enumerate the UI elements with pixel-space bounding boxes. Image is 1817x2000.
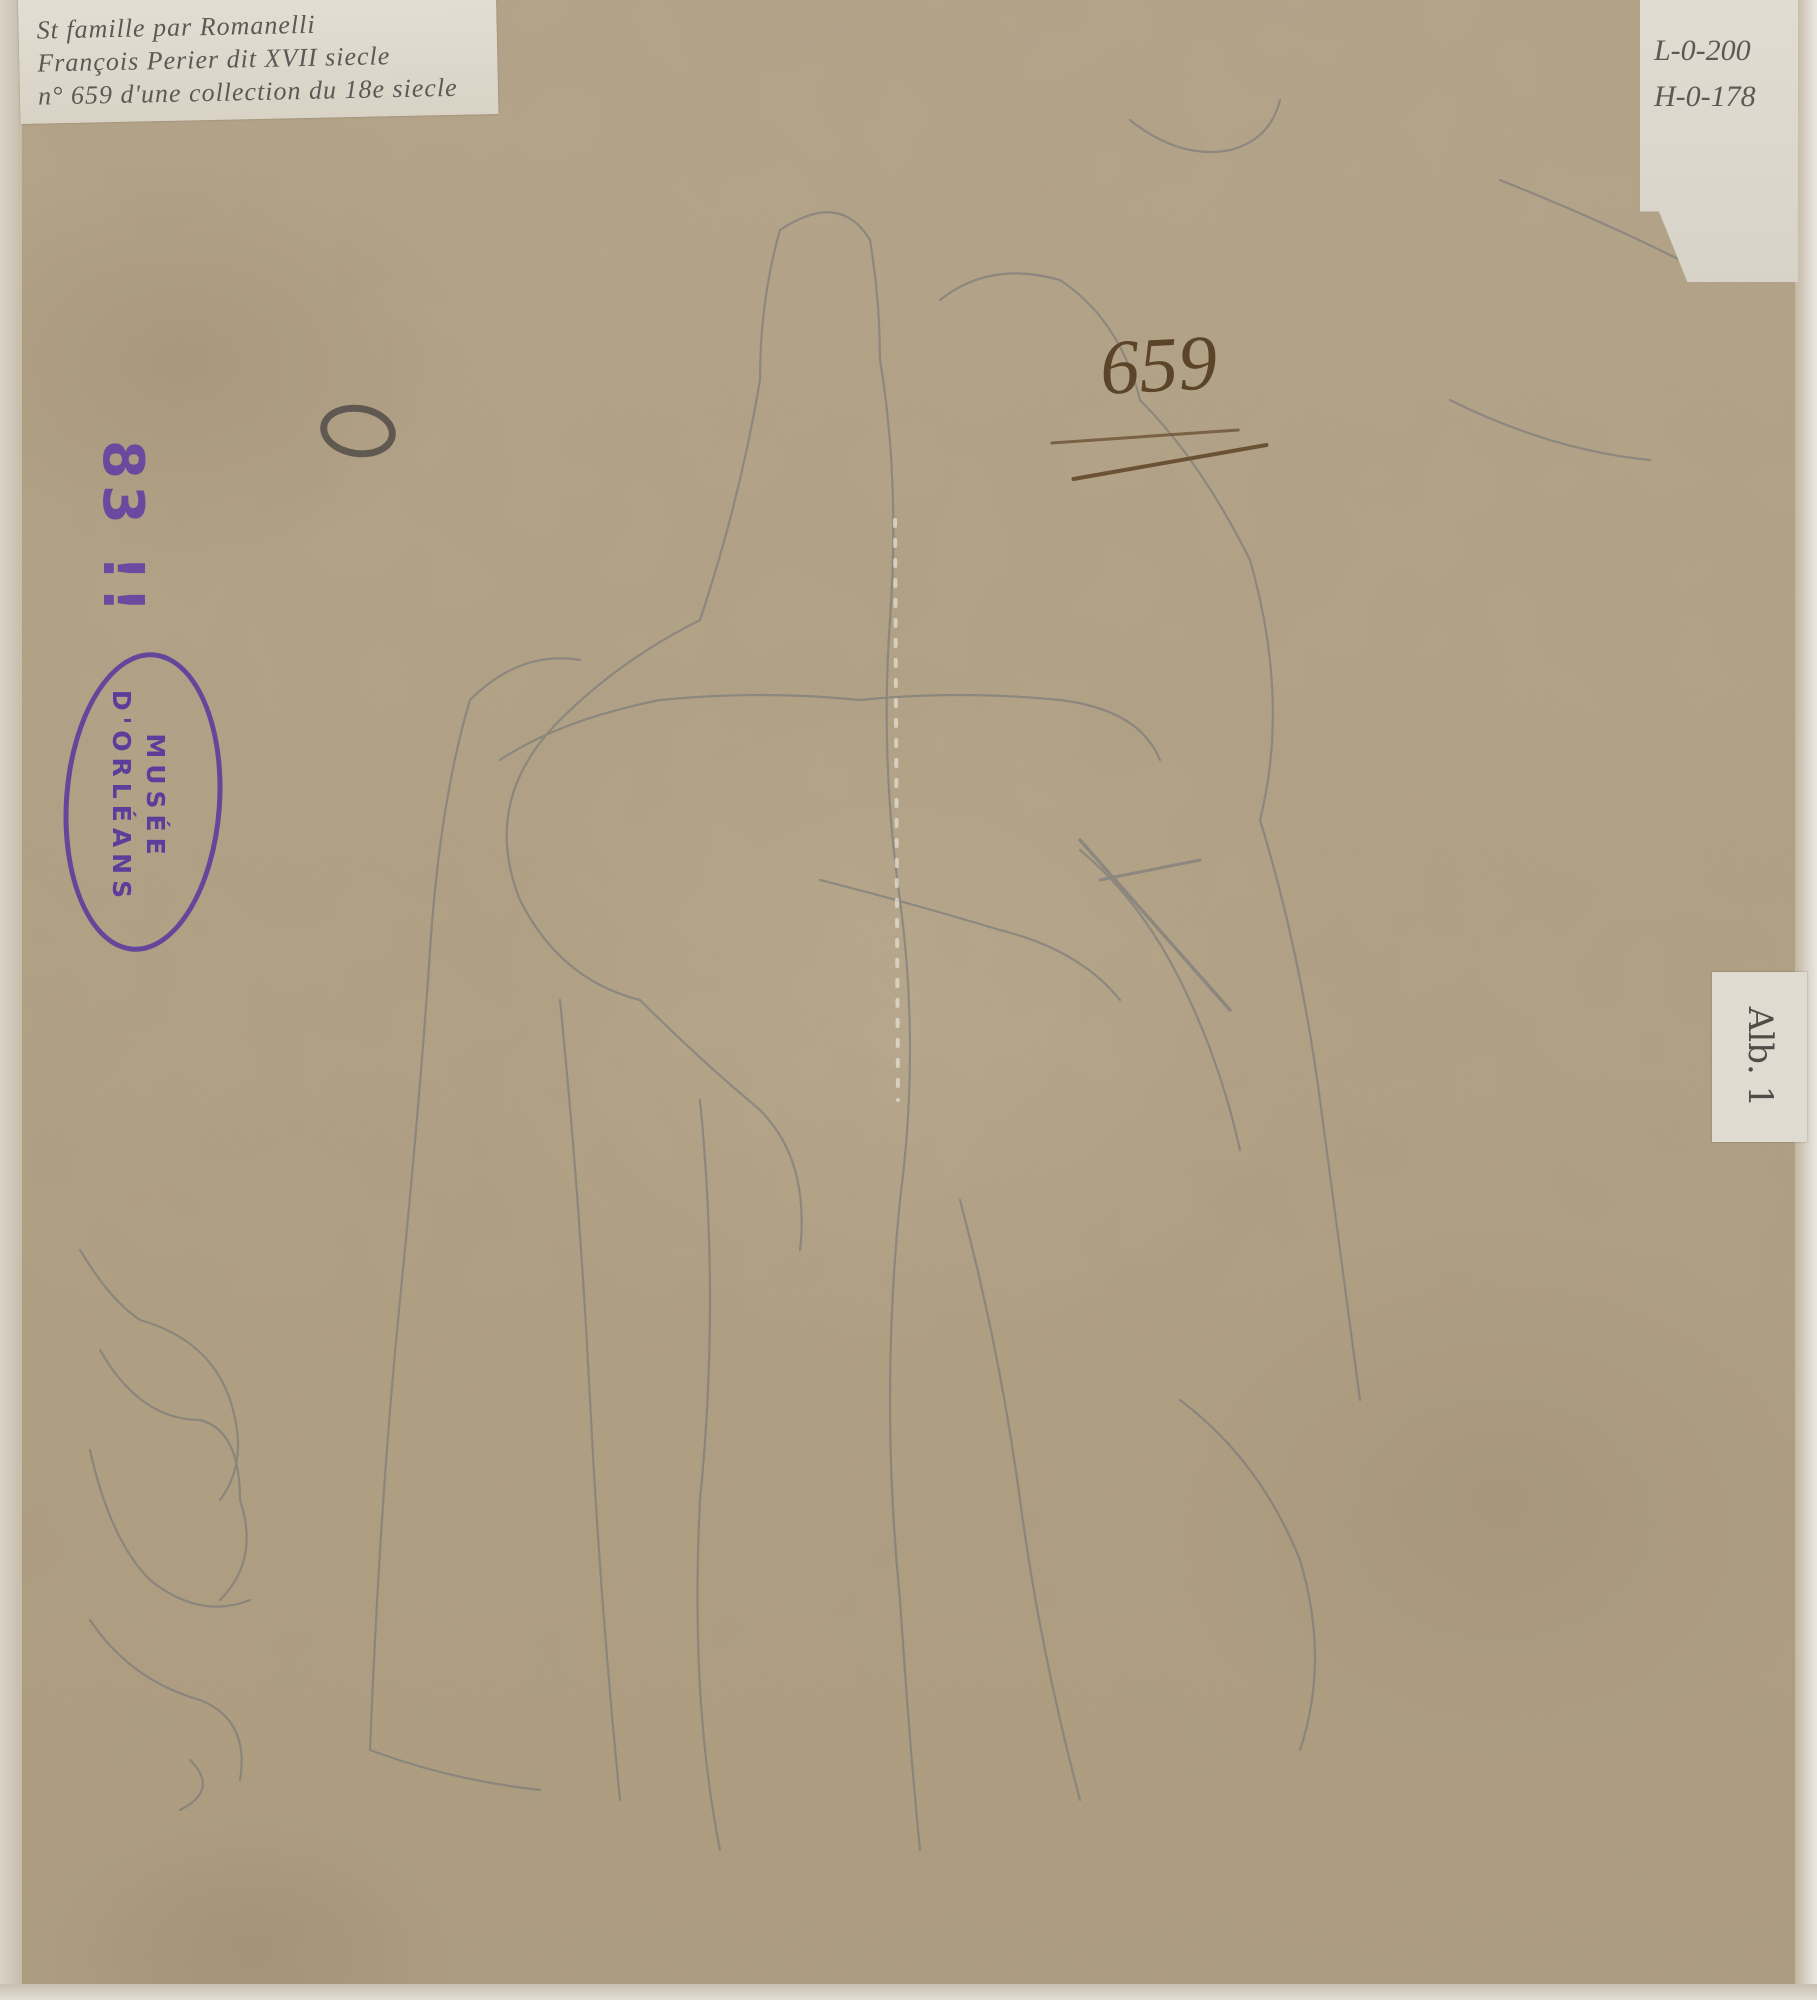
- inventory-number-inscription: 659: [1098, 317, 1220, 413]
- stamp-line-2: D'ORLÉANS: [104, 690, 138, 904]
- graphite-figure-sketch: [0, 0, 1817, 2000]
- album-label: Alb. 1: [1712, 972, 1807, 1142]
- collection-label-top-left: St famille par Romanelli François Perier…: [18, 0, 498, 124]
- left-margin: [0, 0, 22, 2000]
- bottom-margin: [0, 1984, 1817, 2000]
- album-label-text: Alb. 1: [1740, 1007, 1780, 1107]
- stamp-line-1: MUSÉE: [138, 690, 172, 904]
- height-dimension: H-0-178: [1654, 74, 1784, 120]
- museum-stamp-text: MUSÉE D'ORLÉANS: [104, 690, 172, 904]
- width-dimension: L-0-200: [1654, 28, 1784, 74]
- stamp-inventory-number: 83 !!: [90, 440, 155, 619]
